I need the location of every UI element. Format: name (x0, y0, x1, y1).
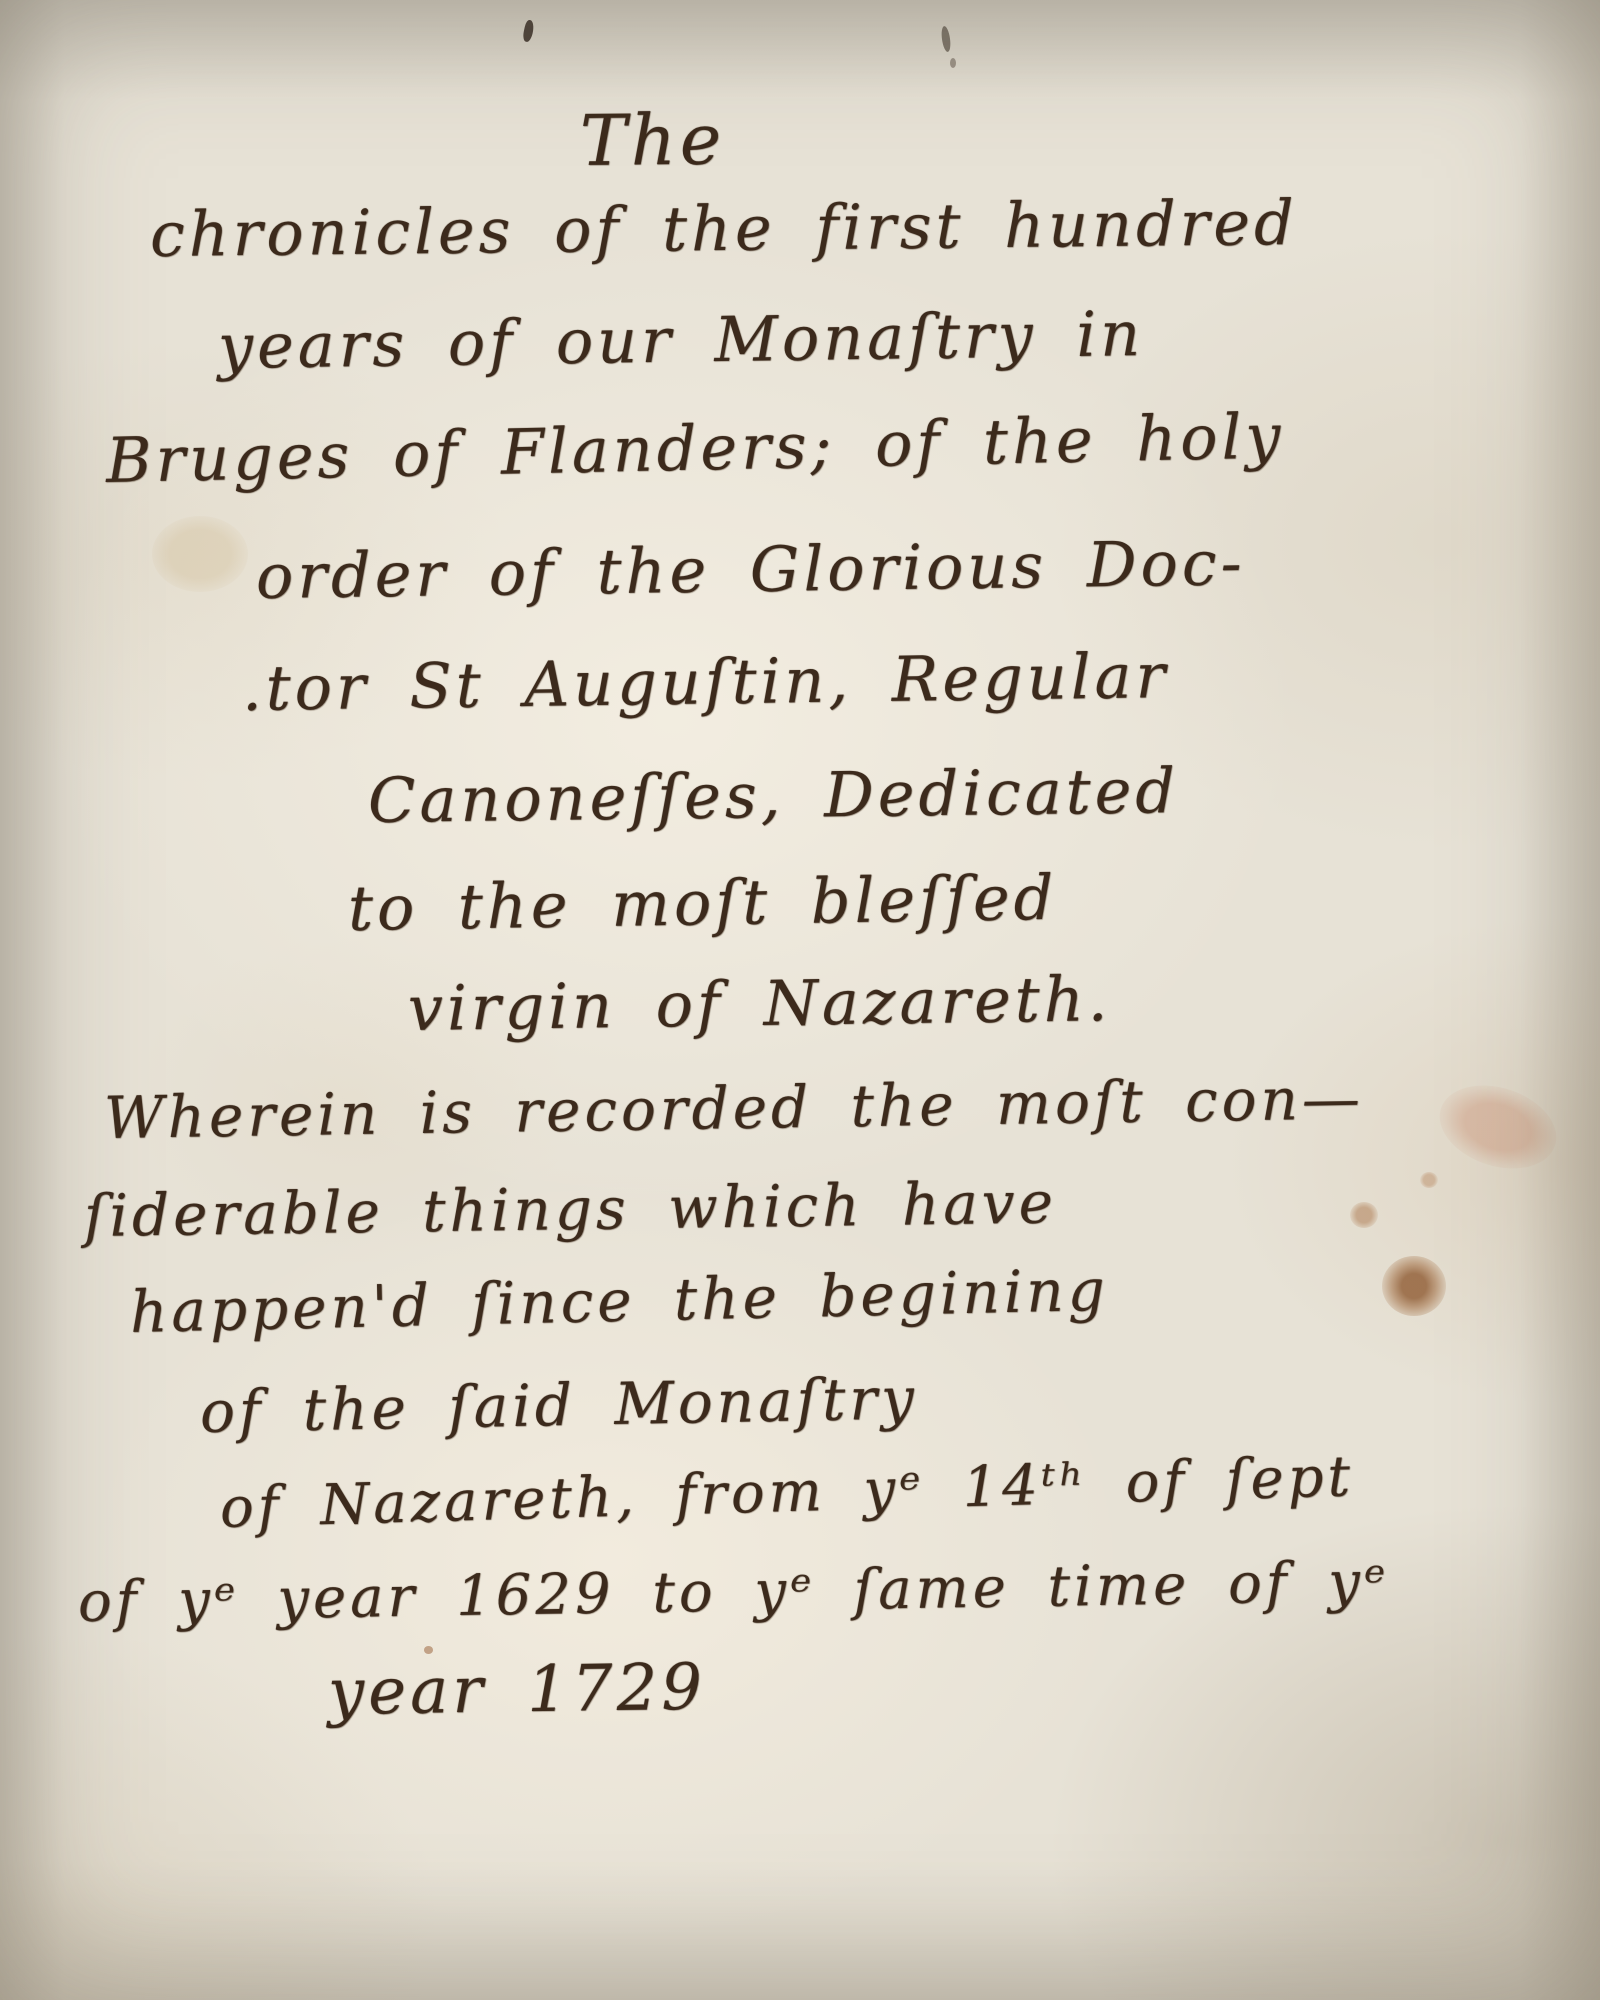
ink-speck (950, 58, 956, 68)
manuscript-line: of yᵉ year 1629 to yᵉ ſame time of yᵉ (77, 1549, 1390, 1635)
manuscript-line: The (580, 98, 726, 182)
paper-stain (1420, 1172, 1438, 1188)
manuscript-line: Canoneſſes, Dedicated (368, 754, 1180, 837)
manuscript-line: of the ſaid Monaſtry (199, 1364, 918, 1446)
manuscript-page: The chronicles of the first hundred year… (0, 0, 1600, 2000)
manuscript-line: years of our Monaſtry in (217, 297, 1144, 383)
ink-speck (940, 26, 952, 53)
manuscript-line: Wherein is recorded the moſt con— (103, 1064, 1364, 1152)
manuscript-line: virgin of Nazareth. (407, 962, 1111, 1045)
manuscript-line: year 1729 (327, 1651, 706, 1730)
paper-stain (424, 1646, 433, 1654)
manuscript-line: happen'd ſince the begining (129, 1256, 1109, 1346)
manuscript-line: of Nazareth, from yᵉ 14ᵗʰ of ſept (219, 1444, 1355, 1541)
manuscript-line: Bruges of Flanders; of the holy (105, 399, 1285, 497)
manuscript-line: chronicles of the first hundred (150, 186, 1298, 271)
ink-speck (522, 19, 535, 42)
paper-stain (152, 516, 248, 592)
paper-stain (1429, 1071, 1567, 1182)
manuscript-line: .tor St Auguſtin, Regular (241, 639, 1169, 725)
manuscript-line: ſiderable things which have (84, 1168, 1058, 1250)
paper-stain (1382, 1256, 1446, 1316)
paper-stain (1350, 1202, 1378, 1228)
manuscript-line: to the moſt bleſſed (347, 861, 1057, 945)
manuscript-line: order of the Glorious Doc- (255, 526, 1245, 613)
